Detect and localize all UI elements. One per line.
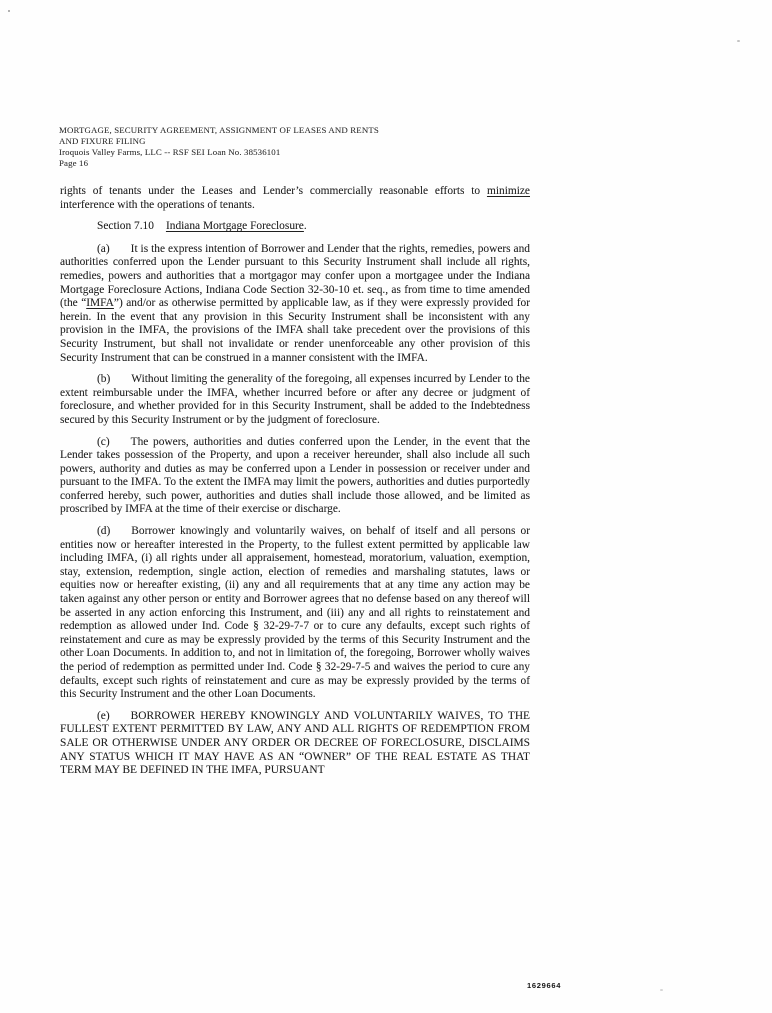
paragraph-a: (a)It is the express intention of Borrow… [60, 243, 530, 365]
paragraph-d-text: Borrower knowingly and voluntarily waive… [60, 525, 530, 700]
paragraph-c: (c)The powers, authorities and duties co… [60, 436, 530, 518]
header-loan-line: Iroquois Valley Farms, LLC -- RSF SEI Lo… [59, 147, 379, 158]
scan-artifact-dot [660, 989, 663, 991]
paragraph-a-label: (a) [97, 243, 110, 255]
defined-term-imfa: IMFA [86, 297, 114, 309]
section-number: Section 7.10 [97, 220, 154, 232]
paragraph-b: (b)Without limiting the generality of th… [60, 373, 530, 427]
document-stamp-number: 1629664 [527, 981, 561, 990]
paragraph-d: (d)Borrower knowingly and voluntarily wa… [60, 525, 530, 702]
header-page-number: Page 16 [59, 158, 379, 169]
scan-artifact-dot [737, 40, 740, 42]
section-heading: Section 7.10Indiana Mortgage Foreclosure… [60, 220, 530, 234]
header-title-line2: AND FIXURE FILING [59, 136, 379, 147]
intro-text-cont: interference with the operations of tena… [60, 199, 255, 211]
paragraph-b-label: (b) [97, 373, 110, 385]
paragraph-c-text: The powers, authorities and duties confe… [60, 436, 530, 516]
document-header: MORTGAGE, SECURITY AGREEMENT, ASSIGNMENT… [59, 125, 379, 169]
paragraph-e-label: (e) [97, 710, 110, 722]
intro-text: rights of tenants under the Leases and L… [60, 185, 487, 197]
header-title-line: MORTGAGE, SECURITY AGREEMENT, ASSIGNMENT… [59, 125, 379, 136]
scan-artifact-dot [8, 10, 10, 12]
paragraph-a-text-cont: ”) and/or as otherwise permitted by appl… [60, 297, 530, 363]
section-title: Indiana Mortgage Foreclosure [166, 220, 304, 232]
intro-paragraph: rights of tenants under the Leases and L… [60, 185, 530, 212]
section-title-period: . [304, 220, 307, 232]
document-page: MORTGAGE, SECURITY AGREEMENT, ASSIGNMENT… [0, 0, 772, 1013]
intro-underlined-word: minimize [487, 185, 530, 197]
document-body: rights of tenants under the Leases and L… [60, 185, 530, 786]
paragraph-c-label: (c) [97, 436, 110, 448]
paragraph-e: (e)BORROWER HEREBY KNOWINGLY AND VOLUNTA… [60, 710, 530, 778]
paragraph-d-label: (d) [97, 525, 110, 537]
paragraph-b-text: Without limiting the generality of the f… [60, 373, 530, 426]
paragraph-e-text: BORROWER HEREBY KNOWINGLY AND VOLUNTARIL… [60, 710, 530, 776]
